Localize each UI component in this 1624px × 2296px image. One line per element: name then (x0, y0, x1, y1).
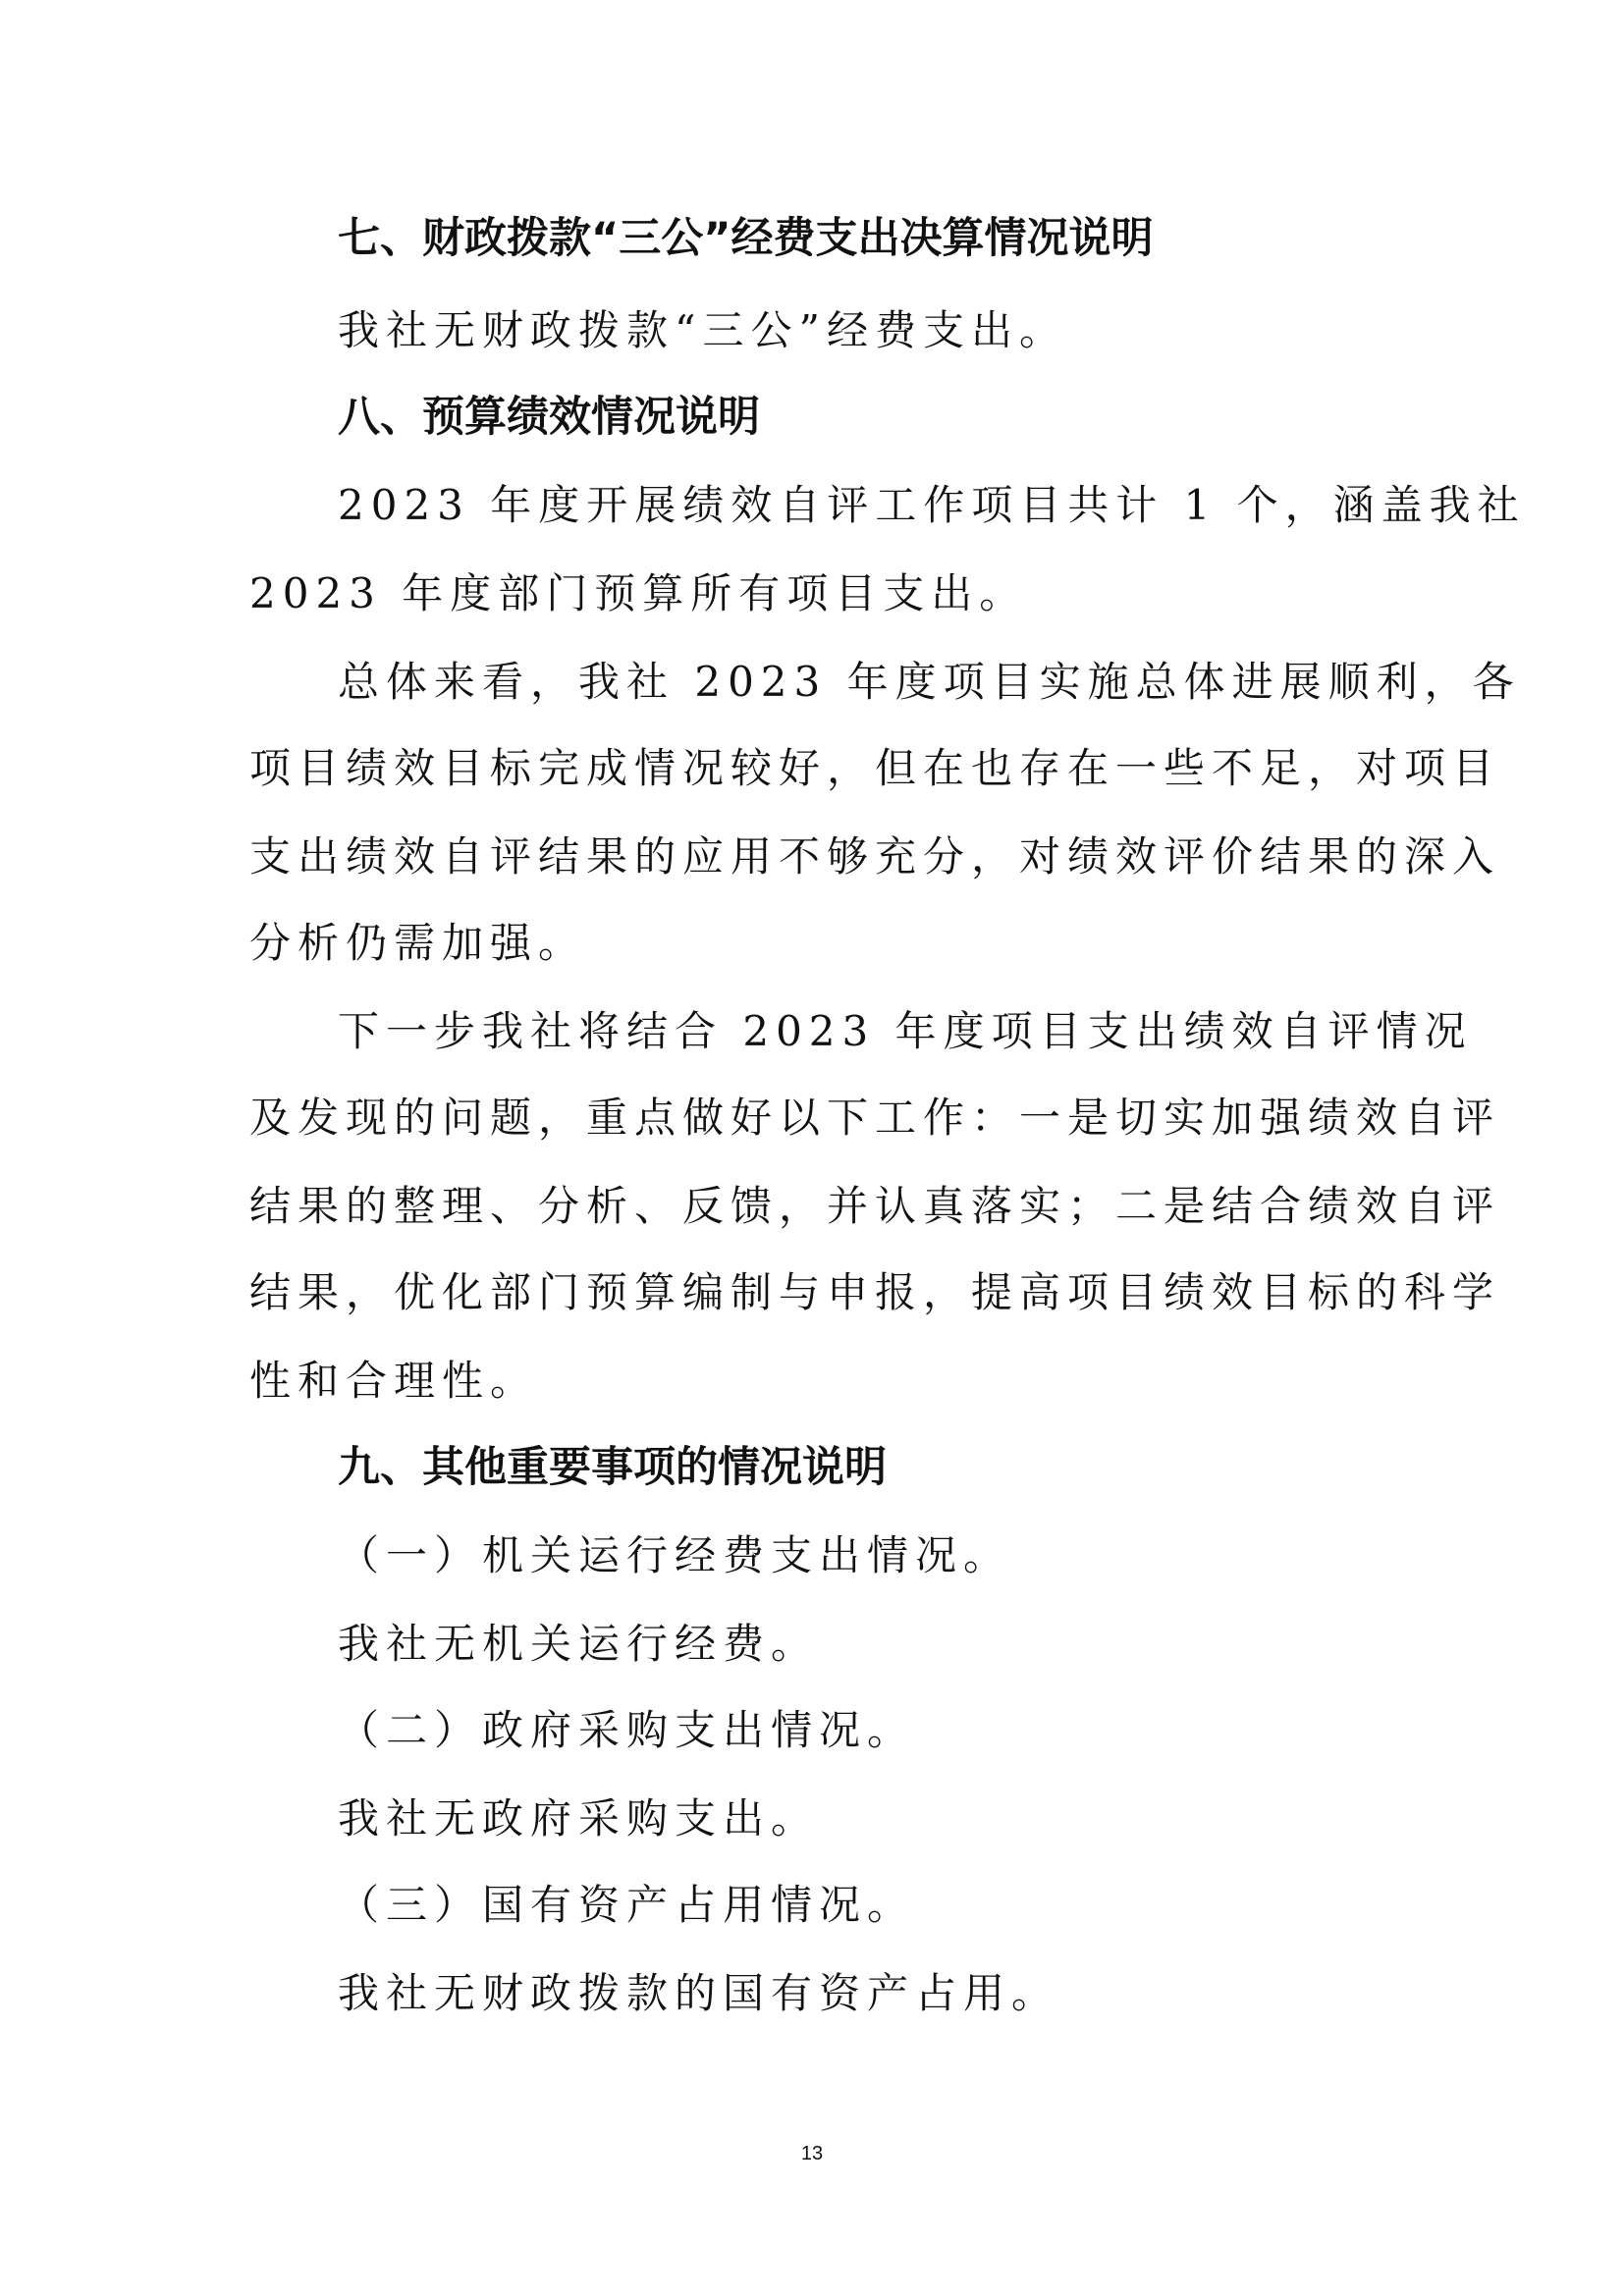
subsection-text: 我社无财政拨款的国有资产占用。 (338, 1969, 1059, 2018)
section-heading-8: 八、预算绩效情况说明 (338, 393, 760, 442)
paragraph-line: 结果的整理、分析、反馈，并认真落实；二是结合绩效自评 (249, 1182, 1381, 1231)
section-heading-9: 九、其他重要事项的情况说明 (338, 1443, 887, 1492)
paragraph: 我社无财政拨款“三公”经费支出。 (338, 306, 1067, 355)
subsection-title: （三）国有资产占用情况。 (338, 1881, 915, 1930)
paragraph-line: 结果，优化部门预算编制与申报，提高项目绩效目标的科学 (249, 1268, 1381, 1317)
paragraph-line: 下一步我社将结合 2023 年度项目支出绩效自评情况 (338, 1007, 1381, 1056)
subsection-text: 我社无机关运行经费。 (338, 1620, 819, 1669)
paragraph-line: 支出绩效自评结果的应用不够充分，对绩效评价结果的深入 (249, 832, 1381, 881)
paragraph-line: 总体来看，我社 2023 年度项目实施总体进展顺利，各 (338, 658, 1381, 707)
paragraph-line: 2023 年度开展绩效自评工作项目共计 1 个，涵盖我社 (338, 481, 1381, 530)
paragraph-line: 2023 年度部门预算所有项目支出。 (249, 569, 1027, 618)
subsection-text: 我社无政府采购支出。 (338, 1794, 819, 1843)
section-heading-7: 七、财政拨款“三公”经费支出决算情况说明 (338, 214, 1154, 263)
paragraph-line: 性和合理性。 (249, 1357, 538, 1406)
paragraph-line: 及发现的问题，重点做好以下工作：一是切实加强绩效自评 (249, 1094, 1381, 1143)
paragraph-line: 分析仍需加强。 (249, 919, 586, 968)
subsection-title: （二）政府采购支出情况。 (338, 1706, 915, 1755)
page-number: 13 (0, 2143, 1624, 2165)
subsection-title: （一）机关运行经费支出情况。 (338, 1531, 1011, 1580)
paragraph-line: 项目绩效目标完成情况较好，但在也存在一些不足，对项目 (249, 744, 1381, 793)
